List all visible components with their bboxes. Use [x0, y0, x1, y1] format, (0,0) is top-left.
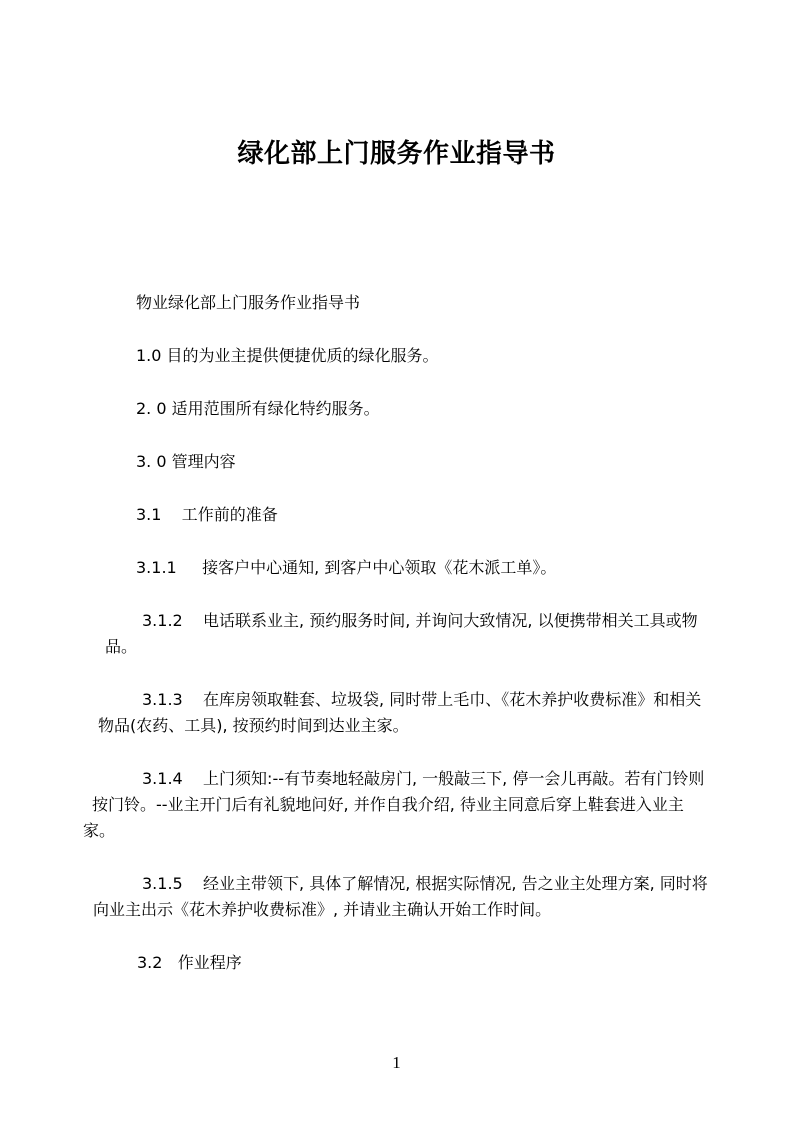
text-line: 3.1.5 经业主带领下, 具体了解情况, 根据实际情况, 告之业主处理方案, …	[83, 871, 723, 897]
paragraph: 1.0 目的为业主提供便捷优质的绿化服务。	[83, 343, 723, 369]
page-number: 1	[0, 1051, 793, 1075]
text-line: 3.1.1 接客户中心通知, 到客户中心领取《花木派工单》。	[83, 555, 723, 581]
text-line: 按门铃。--业主开门后有礼貌地问好, 并作自我介绍, 待业主同意后穿上鞋套进入业…	[83, 792, 723, 818]
paragraph: 3. 0 管理内容	[83, 449, 723, 475]
text-line: 向业主出示《花木养护收费标准》, 并请业主确认开始工作时间。	[83, 897, 723, 923]
text-line: 品。	[83, 634, 723, 660]
paragraph: 3.1 工作前的准备	[83, 502, 723, 528]
paragraph: 3.1.2 电话联系业主, 预约服务时间, 并询问大致情况, 以便携带相关工具或…	[83, 608, 723, 660]
paragraph: 物业绿化部上门服务作业指导书	[83, 290, 723, 316]
paragraph: 3.1.4 上门须知:--有节奏地轻敲房门, 一般敲三下, 停一会儿再敲。若有门…	[83, 766, 723, 844]
text-line: 物业绿化部上门服务作业指导书	[83, 290, 723, 316]
text-line: 3.2 作业程序	[83, 950, 723, 976]
text-line: 3.1.4 上门须知:--有节奏地轻敲房门, 一般敲三下, 停一会儿再敲。若有门…	[83, 766, 723, 792]
text-line: 物品(农药、工具), 按预约时间到达业主家。	[83, 713, 723, 739]
text-line: 3.1 工作前的准备	[83, 502, 723, 528]
text-line: 2. 0 适用范围所有绿化特约服务。	[83, 396, 723, 422]
text-line: 3.1.2 电话联系业主, 预约服务时间, 并询问大致情况, 以便携带相关工具或…	[83, 608, 723, 634]
text-line: 3. 0 管理内容	[83, 449, 723, 475]
document-body: 物业绿化部上门服务作业指导书1.0 目的为业主提供便捷优质的绿化服务。2. 0 …	[83, 290, 723, 1003]
document-page: 绿化部上门服务作业指导书 物业绿化部上门服务作业指导书1.0 目的为业主提供便捷…	[0, 0, 793, 1122]
paragraph: 2. 0 适用范围所有绿化特约服务。	[83, 396, 723, 422]
document-title: 绿化部上门服务作业指导书	[0, 137, 793, 171]
paragraph: 3.1.3 在库房领取鞋套、垃圾袋, 同时带上毛巾、《花木养护收费标准》和相关物…	[83, 687, 723, 739]
paragraph: 3.1.5 经业主带领下, 具体了解情况, 根据实际情况, 告之业主处理方案, …	[83, 871, 723, 923]
text-line: 1.0 目的为业主提供便捷优质的绿化服务。	[83, 343, 723, 369]
paragraph: 3.2 作业程序	[83, 950, 723, 976]
paragraph: 3.1.1 接客户中心通知, 到客户中心领取《花木派工单》。	[83, 555, 723, 581]
text-line: 3.1.3 在库房领取鞋套、垃圾袋, 同时带上毛巾、《花木养护收费标准》和相关	[83, 687, 723, 713]
text-line: 家。	[83, 818, 723, 844]
